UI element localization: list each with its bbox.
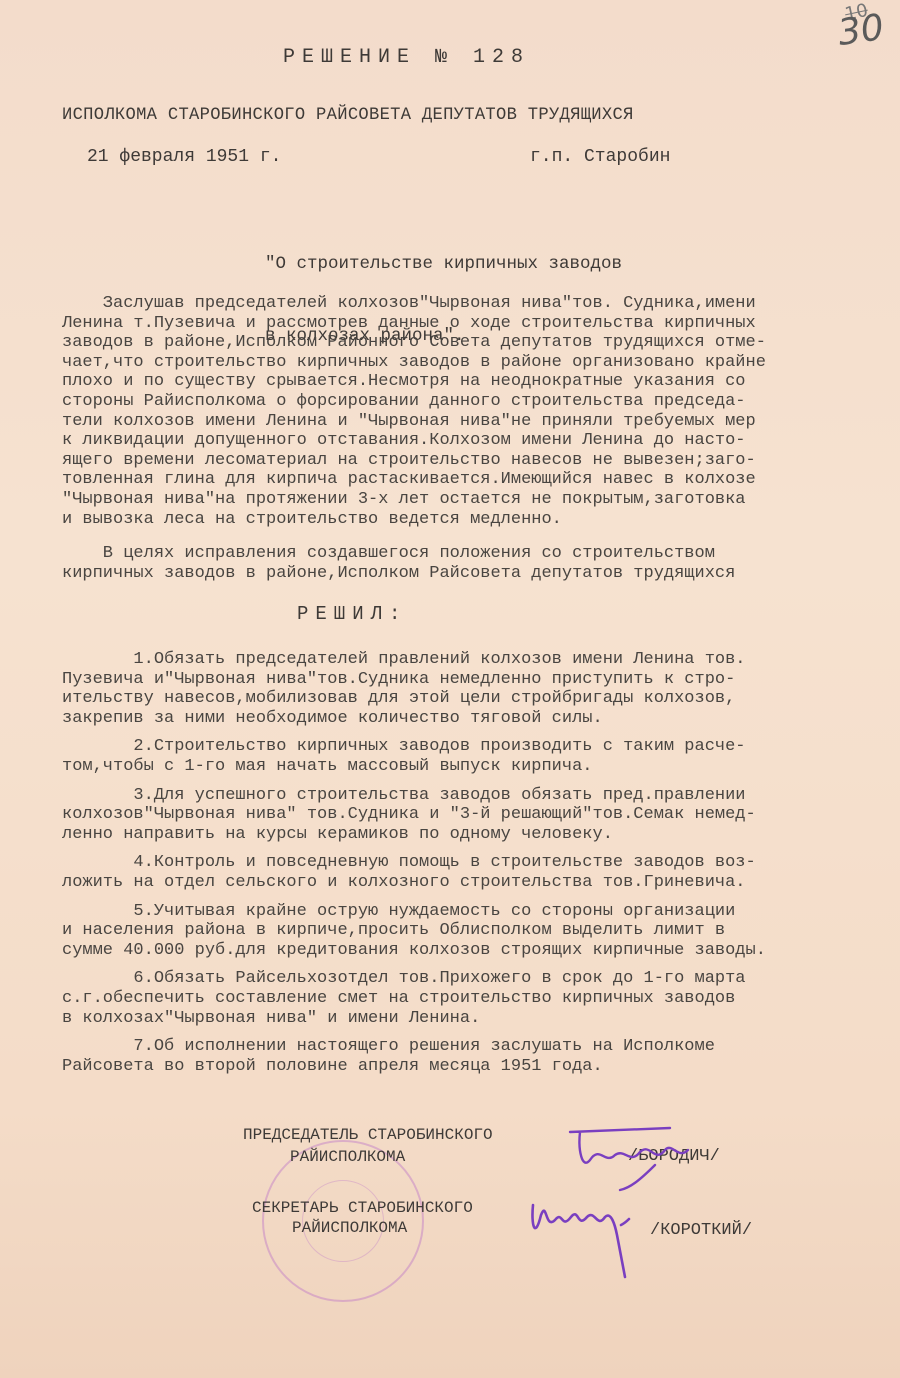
text-line: колхозов"Чырвоная нива" тов.Судника и "3… — [62, 805, 766, 825]
text-line: кирпичных заводов в районе,Исполком Райс… — [62, 564, 735, 584]
resolution-item: 6.Обязать Райсельхозотдел тов.Прихожего … — [62, 969, 766, 1028]
text-line: 3.Для успешного строительства заводов об… — [62, 786, 766, 806]
text-line: товленная глина для кирпича растаскивает… — [62, 470, 766, 490]
text-line: плохо и по существу срывается.Несмотря н… — [62, 372, 766, 392]
text-line: ительству навесов,мобилизовав для этой ц… — [62, 689, 766, 709]
text-line: 1.Обязать председателей правлений колхоз… — [62, 650, 766, 670]
document-title: РЕШЕНИЕ № 128 — [283, 46, 530, 69]
resolution-item: 7.Об исполнении настоящего решения заслу… — [62, 1037, 766, 1076]
text-line: ящего времени лесоматериал на строительс… — [62, 451, 766, 471]
item-spacer — [62, 960, 766, 969]
chairman-title-line2: РАЙИСПОЛКОМА — [290, 1148, 405, 1166]
text-line: и населения района в кирпиче,просить Обл… — [62, 921, 766, 941]
resolution-item: 2.Строительство кирпичных заводов произв… — [62, 737, 766, 776]
text-line: 2.Строительство кирпичных заводов произв… — [62, 737, 766, 757]
text-line: Райсовета во второй половине апреля меся… — [62, 1057, 766, 1077]
preamble-paragraph: Заслушав председателей колхозов"Чырвоная… — [62, 294, 766, 529]
text-line: сумме 40.000 руб.для кредитования колхоз… — [62, 941, 766, 961]
text-line: "Чырвоная нива"на протяжении 3-х лет ост… — [62, 490, 766, 510]
chairman-title: ПРЕДСЕДАТЕЛЬ СТАРОБИНСКОГО — [243, 1126, 493, 1144]
resolution-item: 3.Для успешного строительства заводов об… — [62, 786, 766, 845]
item-spacer — [62, 777, 766, 786]
text-line: и вывозка леса на строительство ведется … — [62, 510, 766, 530]
text-line: Заслушав председателей колхозов"Чырвоная… — [62, 294, 766, 314]
chairman-signature-icon — [560, 1120, 700, 1190]
item-spacer — [62, 893, 766, 902]
resolution-item: 1.Обязать председателей правлений колхоз… — [62, 650, 766, 728]
intro-paragraph: В целях исправления создавшегося положен… — [62, 544, 735, 583]
text-line: к ликвидации допущенного отставания.Колх… — [62, 431, 766, 451]
text-line: с.г.обеспечить составление смет на строи… — [62, 989, 766, 1009]
page-number: 30 — [835, 7, 886, 54]
document-place: г.п. Старобин — [530, 147, 670, 167]
secretary-signature-icon — [525, 1195, 655, 1285]
item-spacer — [62, 1028, 766, 1037]
resolution-item: 5.Учитывая крайне острую нуждаемость со … — [62, 902, 766, 961]
text-line: Пузевича и"Чырвоная нива"тов.Судника нем… — [62, 670, 766, 690]
resolution-item: 4.Контроль и повседневную помощь в строи… — [62, 853, 766, 892]
text-line: ложить на отдел сельского и колхозного с… — [62, 873, 766, 893]
secretary-name: /КОРОТКИЙ/ — [650, 1221, 752, 1240]
item-spacer — [62, 844, 766, 853]
text-line: 7.Об исполнении настоящего решения заслу… — [62, 1037, 766, 1057]
text-line: тели колхозов имени Ленина и "Чырвоная н… — [62, 412, 766, 432]
text-line: ленно направить на курсы керамиков по од… — [62, 825, 766, 845]
secretary-title-line2: РАЙИСПОЛКОМА — [292, 1219, 407, 1237]
subject-line: "О строительстве кирпичных заводов — [265, 252, 622, 276]
text-line: 4.Контроль и повседневную помощь в строи… — [62, 853, 766, 873]
text-line: заводов в районе,Исполком Районного Сове… — [62, 333, 766, 353]
item-spacer — [62, 728, 766, 737]
issuing-organization: ИСПОЛКОМА СТАРОБИНСКОГО РАЙСОВЕТА ДЕПУТА… — [62, 105, 634, 125]
text-line: 6.Обязать Райсельхозотдел тов.Прихожего … — [62, 969, 766, 989]
text-line: 5.Учитывая крайне острую нуждаемость со … — [62, 902, 766, 922]
text-line: том,чтобы с 1-го мая начать массовый вып… — [62, 757, 766, 777]
text-line: в колхозах"Чырвоная нива" и имени Ленина… — [62, 1009, 766, 1029]
secretary-title: СЕКРЕТАРЬ СТАРОБИНСКОГО — [252, 1199, 473, 1217]
document-page: 10 30 РЕШЕНИЕ № 128 ИСПОЛКОМА СТАРОБИНСК… — [0, 0, 900, 1378]
text-line: чает,что строительство кирпичных заводов… — [62, 353, 766, 373]
text-line: стороны Райисполкома о форсировании данн… — [62, 392, 766, 412]
document-date: 21 февраля 1951 г. — [87, 147, 281, 167]
text-line: Ленина т.Пузевича и рассмотрев данные о … — [62, 314, 766, 334]
resolved-heading: РЕШИЛ: — [297, 603, 407, 625]
text-line: В целях исправления создавшегося положен… — [62, 544, 735, 564]
resolution-items: 1.Обязать председателей правлений колхоз… — [62, 650, 766, 1076]
text-line: закрепив за ними необходимое количество … — [62, 709, 766, 729]
